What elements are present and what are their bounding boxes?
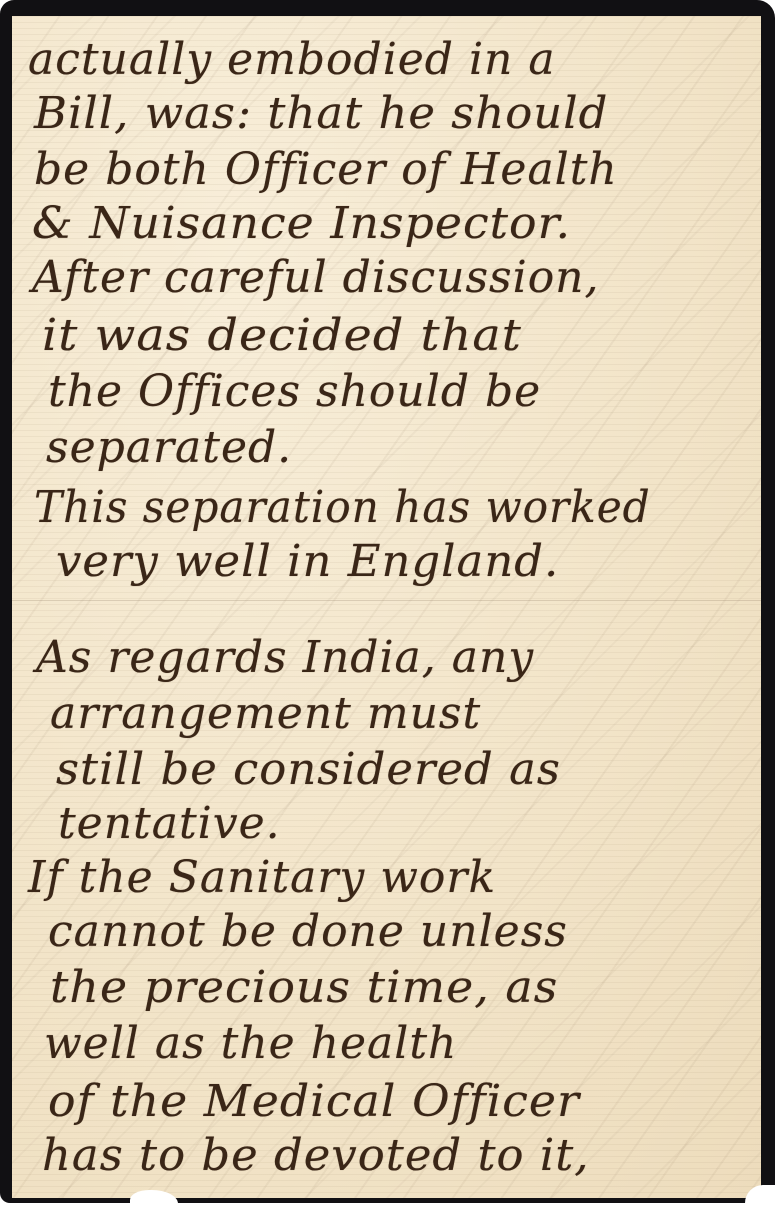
torn-paper-corner <box>745 1185 775 1215</box>
manuscript-line-19: of the Medical Officer <box>48 1076 580 1127</box>
manuscript-line-15: If the Sanitary work <box>28 852 496 903</box>
manuscript-line-17: the precious time, as <box>50 962 558 1013</box>
manuscript-line-5: After careful discussion, <box>32 252 600 303</box>
torn-paper-notch <box>130 1190 178 1215</box>
manuscript-line-20: has to be devoted to it, <box>42 1130 590 1181</box>
paper-fold-line <box>12 600 761 601</box>
manuscript-line-3: be both Officer of Health <box>34 144 618 195</box>
manuscript-line-11: As regards India, any <box>36 632 534 683</box>
manuscript-line-8: separated. <box>46 422 292 473</box>
manuscript-line-9: This separation has worked <box>34 482 651 533</box>
manuscript-line-18: well as the health <box>44 1018 457 1069</box>
manuscript-line-2: Bill, was: that he should <box>34 88 608 139</box>
manuscript-line-14: tentative. <box>58 798 281 849</box>
manuscript-line-7: the Offices should be <box>48 366 541 417</box>
manuscript-line-12: arrangement must <box>50 688 481 739</box>
manuscript-line-16: cannot be done unless <box>48 906 568 957</box>
manuscript-line-4: & Nuisance Inspector. <box>32 198 571 249</box>
manuscript-line-1: actually embodied in a <box>28 34 556 85</box>
manuscript-line-13: still be considered as <box>56 744 561 795</box>
manuscript-line-6: it was decided that <box>42 310 522 361</box>
manuscript-line-10: very well in England. <box>56 536 559 587</box>
